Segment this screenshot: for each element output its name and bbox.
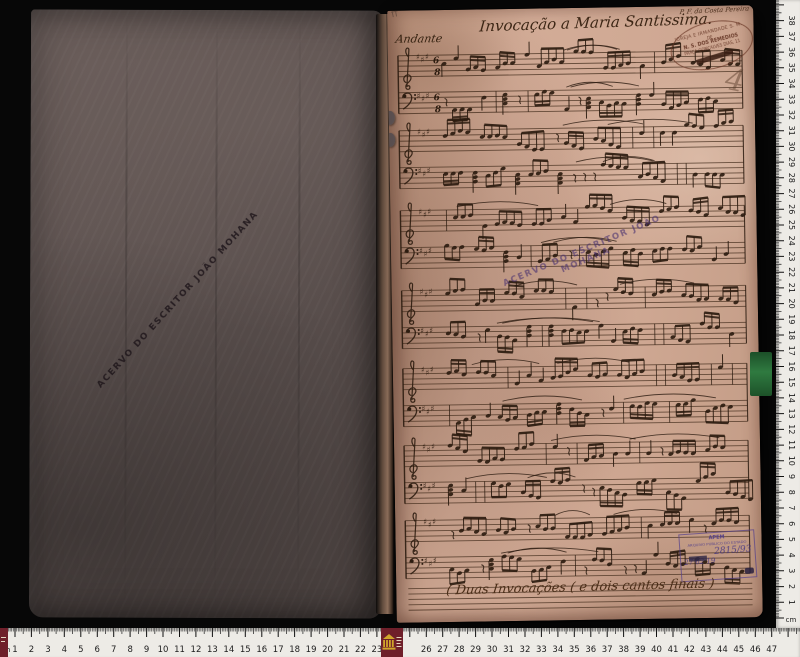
svg-text:10: 10 [158,645,169,655]
svg-text:37: 37 [602,645,613,655]
svg-text:♯: ♯ [430,365,434,374]
svg-text:19: 19 [787,314,796,324]
svg-text:♯: ♯ [421,404,425,413]
svg-text:♯: ♯ [431,442,435,451]
svg-text:28: 28 [454,645,465,655]
svg-text:♯: ♯ [422,169,426,178]
svg-text:♯: ♯ [420,326,424,335]
svg-text:46: 46 [750,645,761,655]
svg-text:4: 4 [787,553,796,558]
svg-text:8: 8 [787,490,796,495]
svg-text:♯: ♯ [432,517,436,526]
svg-text:♯: ♯ [430,404,434,413]
svg-text:♯: ♯ [421,365,425,374]
svg-text:9: 9 [144,645,149,655]
svg-text:34: 34 [787,78,796,88]
svg-text:27: 27 [787,188,796,198]
svg-text:32: 32 [787,110,796,120]
svg-text:♯: ♯ [420,287,424,296]
svg-text:33: 33 [536,645,547,655]
svg-text:♯: ♯ [423,517,427,526]
vertical-ruler: cm12345678910111213141516171819202122232… [776,0,800,628]
manuscript-right-page: ♯♯♯♯♯♯6868♯♯♯♯♯♯♯♯♯♯♯♯♯♯♯♯♯♯♯♯♯♯♯♯♯♯♯♯♯♯… [387,5,763,623]
svg-text:38: 38 [787,16,796,26]
vertical-ruler-scale: cm12345678910111213141516171819202122232… [776,0,800,628]
cover-crease [297,10,301,618]
svg-text:25: 25 [787,220,796,230]
building-icon [381,628,403,657]
svg-text:32: 32 [520,645,531,655]
svg-text:♯: ♯ [423,481,427,490]
svg-text:38: 38 [618,645,629,655]
svg-text:6: 6 [434,93,441,103]
cover-crease [124,10,128,618]
apem-ink-blob [745,567,754,574]
svg-text:12: 12 [787,424,796,434]
svg-text:12: 12 [191,645,202,655]
svg-text:22: 22 [355,645,366,655]
svg-text:47: 47 [766,645,777,655]
svg-text:26: 26 [787,204,796,214]
svg-text:♯: ♯ [419,246,423,255]
svg-text:♯: ♯ [427,484,431,493]
svg-text:♯: ♯ [426,407,430,416]
svg-text:31: 31 [503,645,514,655]
svg-text:5: 5 [78,645,83,655]
svg-text:♯: ♯ [417,127,421,136]
green-marker-tab [750,352,772,396]
svg-text:41: 41 [668,645,679,655]
svg-text:♯: ♯ [423,249,427,258]
cover-crease [214,10,218,618]
svg-text:♯: ♯ [427,207,431,216]
svg-text:♯: ♯ [432,481,436,490]
svg-text:♯: ♯ [418,207,422,216]
svg-text:21: 21 [339,645,350,655]
svg-text:11: 11 [787,440,796,450]
svg-text:♯: ♯ [428,559,432,568]
svg-text:36: 36 [787,47,796,57]
svg-text:29: 29 [470,645,481,655]
svg-text:15: 15 [787,377,796,387]
svg-text:20: 20 [787,299,796,309]
archive-accession-stamp: APEM ARQUIVO PÚBLICO DO ESTADO 2815/93 2… [678,529,757,582]
svg-text:29: 29 [787,157,796,167]
svg-text:9: 9 [787,474,796,479]
svg-text:8: 8 [127,645,132,655]
svg-text:♯: ♯ [416,52,420,61]
svg-text:15: 15 [240,645,251,655]
svg-text:♯: ♯ [424,290,428,299]
svg-text:1: 1 [12,645,17,655]
svg-text:6: 6 [787,521,796,526]
svg-text:♯: ♯ [427,166,431,175]
svg-text:14: 14 [223,645,234,655]
svg-text:3: 3 [45,645,50,655]
svg-text:31: 31 [787,126,796,136]
svg-text:♯: ♯ [429,287,433,296]
svg-text:1: 1 [787,600,796,605]
svg-text:35: 35 [569,645,580,655]
svg-text:22: 22 [787,267,796,277]
svg-text:21: 21 [787,283,796,293]
svg-text:2: 2 [29,645,34,655]
svg-text:33: 33 [787,94,796,104]
svg-text:6: 6 [433,56,440,66]
svg-text:39: 39 [635,645,646,655]
handwritten-music-notation: ♯♯♯♯♯♯6868♯♯♯♯♯♯♯♯♯♯♯♯♯♯♯♯♯♯♯♯♯♯♯♯♯♯♯♯♯♯… [387,5,763,623]
svg-text:8: 8 [434,68,441,78]
svg-text:13: 13 [787,409,796,419]
archive-badge [381,628,403,657]
svg-text:43: 43 [700,645,711,655]
svg-text:♯: ♯ [425,329,429,338]
svg-text:40: 40 [651,645,662,655]
svg-text:♯: ♯ [429,326,433,335]
svg-text:30: 30 [487,645,498,655]
svg-text:6: 6 [95,645,100,655]
svg-text:♯: ♯ [428,246,432,255]
svg-text:3: 3 [787,568,796,573]
svg-text:24: 24 [787,236,796,246]
svg-text:45: 45 [733,645,744,655]
svg-text:♯: ♯ [425,91,429,100]
horizontal-ruler: cm12345678910111213141516171819202122232… [0,628,800,657]
svg-text:5: 5 [787,537,796,542]
archive-badge-partial [0,628,8,657]
svg-text:17: 17 [787,346,796,356]
svg-text:7: 7 [111,645,116,655]
cover-collection-stamp: ACERVO DO ESCRITOR JOÃO MOHANA [94,208,263,393]
svg-text:♯: ♯ [422,442,426,451]
svg-text:20: 20 [322,645,333,655]
svg-text:♯: ♯ [422,130,426,139]
svg-text:30: 30 [787,141,796,151]
svg-text:28: 28 [787,173,796,183]
svg-text:18: 18 [289,645,300,655]
svg-text:11: 11 [174,645,185,655]
svg-text:44: 44 [717,645,728,655]
svg-text:26: 26 [421,645,432,655]
svg-text:23: 23 [787,251,796,261]
svg-text:14: 14 [787,393,796,403]
scanned-manuscript-photo: ACERVO DO ESCRITOR JOÃO MOHANA ♯♯♯♯♯♯686… [0,0,800,657]
svg-text:17: 17 [273,645,284,655]
svg-text:13: 13 [207,645,218,655]
svg-text:34: 34 [552,645,563,655]
tempo-marking: Andante [395,32,444,46]
svg-text:10: 10 [787,456,796,466]
svg-text:27: 27 [437,645,448,655]
svg-text:♯: ♯ [416,91,420,100]
svg-text:♯: ♯ [427,445,431,454]
svg-text:♯: ♯ [433,556,437,565]
svg-text:2: 2 [787,584,796,589]
svg-text:♯: ♯ [418,166,422,175]
svg-text:7: 7 [787,505,796,510]
svg-text:19: 19 [306,645,317,655]
svg-text:♯: ♯ [424,556,428,565]
svg-text:8: 8 [435,105,442,115]
svg-text:16: 16 [787,361,796,371]
svg-text:♯: ♯ [420,55,424,64]
svg-text:♯: ♯ [426,127,430,136]
svg-text:♯: ♯ [428,520,432,529]
svg-text:18: 18 [787,330,796,340]
svg-text:♯: ♯ [423,210,427,219]
svg-text:♯: ♯ [425,368,429,377]
svg-text:♯: ♯ [425,52,429,61]
svg-text:37: 37 [787,31,796,41]
svg-text:♯: ♯ [421,94,425,103]
svg-text:16: 16 [256,645,267,655]
svg-text:35: 35 [787,63,796,73]
book-cover-left-page: ACERVO DO ESCRITOR JOÃO MOHANA [29,9,383,618]
svg-text:4: 4 [62,645,67,655]
svg-text:42: 42 [684,645,695,655]
svg-text:cm: cm [786,616,797,624]
svg-text:36: 36 [585,645,596,655]
